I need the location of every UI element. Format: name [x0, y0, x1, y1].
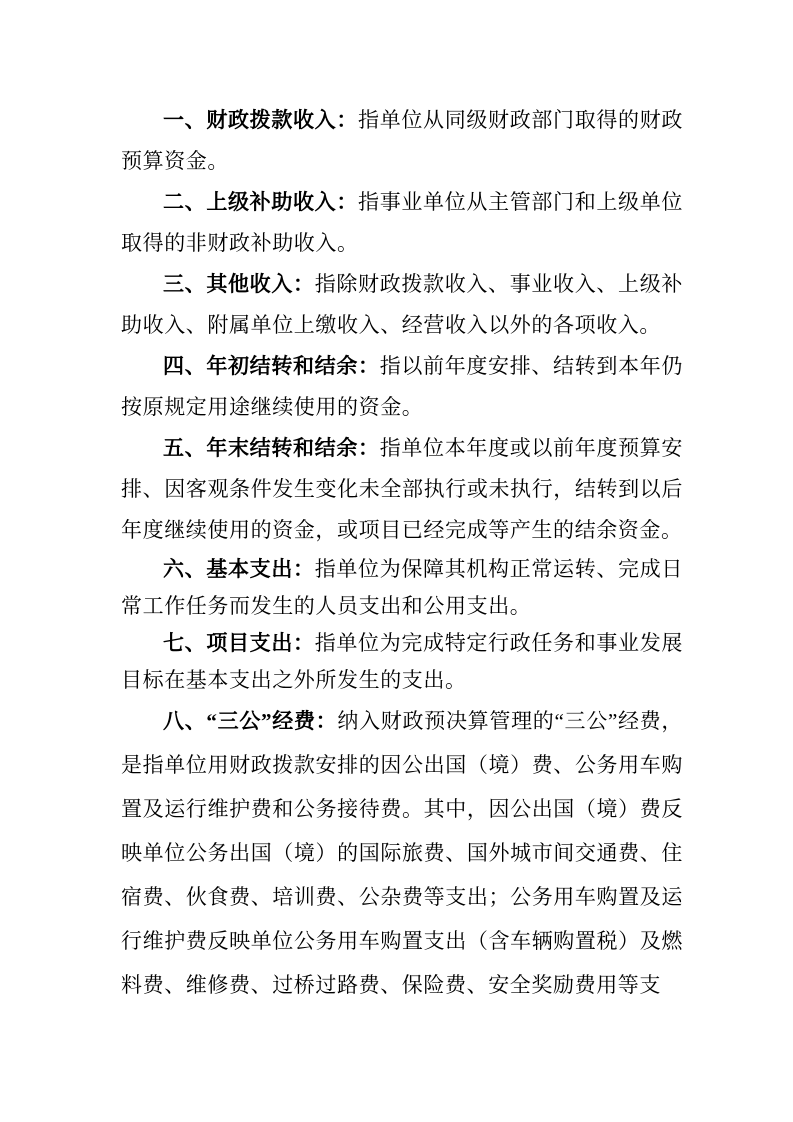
- paragraph: 八、“三公”经费：纳入财政预决算管理的“三公”经费，是指单位用财政拨款安排的因公…: [121, 699, 683, 1007]
- term-label: 五、年末结转和结余：: [163, 436, 380, 460]
- term-label: 七、项目支出：: [163, 631, 315, 655]
- paragraph: 五、年末结转和结余：指单位本年度或以前年度预算安排、因客观条件发生变化未全部执行…: [121, 428, 683, 551]
- paragraph: 六、基本支出：指单位为保障其机构正常运转、完成日常工作任务而发生的人员支出和公用…: [121, 551, 683, 625]
- paragraph: 三、其他收入：指除财政拨款收入、事业收入、上级补助收入、附属单位上缴收入、经营收…: [121, 264, 683, 346]
- document-page: 一、财政拨款收入：指单位从同级财政部门取得的财政预算资金。二、上级补助收入：指事…: [0, 0, 793, 1122]
- paragraph: 七、项目支出：指单位为完成特定行政任务和事业发展目标在基本支出之外所发生的支出。: [121, 625, 683, 699]
- paragraph: 四、年初结转和结余：指以前年度安排、结转到本年仍按原规定用途继续使用的资金。: [121, 346, 683, 428]
- document-body: 一、财政拨款收入：指单位从同级财政部门取得的财政预算资金。二、上级补助收入：指事…: [121, 100, 683, 1007]
- term-label: 一、财政拨款收入：: [163, 108, 358, 132]
- paragraph: 一、财政拨款收入：指单位从同级财政部门取得的财政预算资金。: [121, 100, 683, 182]
- term-label: 二、上级补助收入：: [163, 190, 358, 214]
- term-definition: 纳入财政预决算管理的“三公”经费，是指单位用财政拨款安排的因公出国（境）费、公务…: [121, 709, 683, 997]
- paragraph: 二、上级补助收入：指事业单位从主管部门和上级单位取得的非财政补助收入。: [121, 182, 683, 264]
- term-label: 三、其他收入：: [163, 272, 315, 296]
- term-label: 六、基本支出：: [163, 557, 315, 581]
- term-label: 四、年初结转和结余：: [163, 354, 380, 378]
- term-label: 八、“三公”经费：: [163, 709, 337, 733]
